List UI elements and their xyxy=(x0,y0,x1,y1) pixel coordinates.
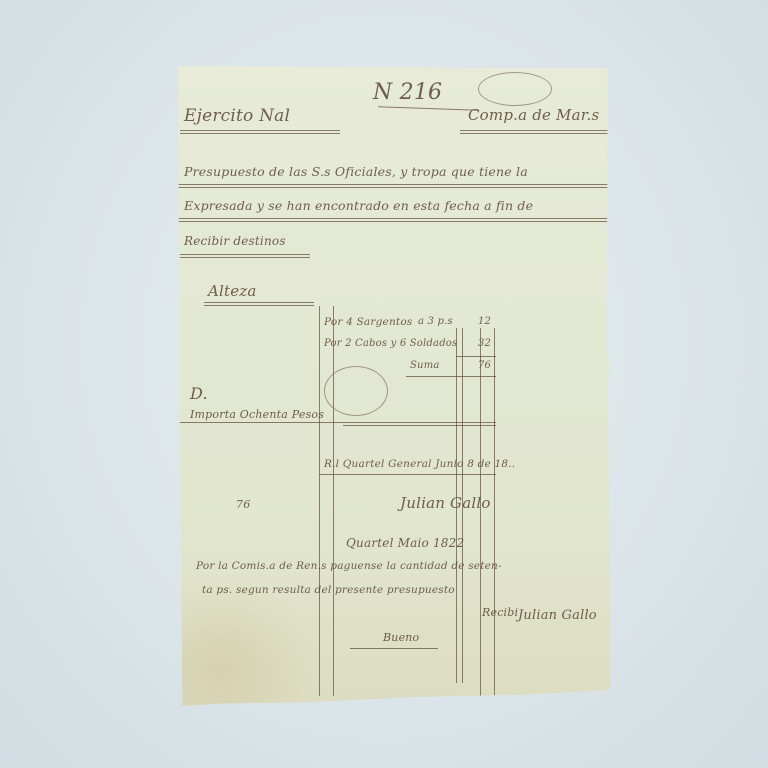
entry-rate-1: a 3 p.s xyxy=(418,316,453,327)
total-rule-b xyxy=(343,425,496,426)
total-line: Importa Ochenta Pesos xyxy=(190,408,324,421)
header-left-rule-2 xyxy=(180,133,340,134)
sum-rule xyxy=(406,376,496,377)
column-line-6 xyxy=(494,328,495,698)
note-d: D. xyxy=(190,384,208,403)
date-line-1: R.l Quartel General Junio 8 de 18.. xyxy=(324,458,515,470)
number-underline xyxy=(378,106,478,110)
signature-1: Julian Gallo xyxy=(400,494,491,512)
flourish-loop xyxy=(478,72,552,106)
title-line-1: Presupuesto de las S.s Oficiales, y trop… xyxy=(184,164,528,179)
date-rule-1 xyxy=(319,474,496,475)
received-label: Recibi xyxy=(482,606,518,619)
entry-amount-1: 12 xyxy=(478,316,491,327)
header-right: Comp.a de Mar.s xyxy=(468,106,599,124)
section-heading-rule xyxy=(204,302,314,303)
entry-label-3: Suma xyxy=(410,360,440,371)
title-rule-3 xyxy=(180,254,310,255)
section-heading-rule-b xyxy=(204,305,314,306)
approval-line-2: ta ps. segun resulta del presente presup… xyxy=(202,584,455,596)
title-rule-2 xyxy=(178,218,610,219)
total-rule xyxy=(178,422,496,423)
signature-2: Julian Gallo xyxy=(518,608,597,623)
column-line-1 xyxy=(319,306,320,696)
date-line-2: Quartel Maio 1822 xyxy=(346,536,464,550)
entry-amount-2: 32 xyxy=(478,338,491,349)
bueno-mark: Bueno xyxy=(383,631,419,644)
title-line-2: Expresada y se han encontrado en esta fe… xyxy=(184,198,533,213)
header-right-rule-2 xyxy=(460,133,608,134)
entry-label-2: Por 2 Cabos y 6 Soldados xyxy=(324,338,457,349)
header-right-rule xyxy=(460,130,608,131)
title-rule-1b xyxy=(178,187,610,188)
title-rule-1 xyxy=(178,184,610,185)
document-number: N 216 xyxy=(373,80,442,105)
title-rule-2b xyxy=(178,221,610,222)
margin-number: 76 xyxy=(236,498,250,511)
bueno-rule xyxy=(350,648,438,649)
approval-line-1: Por la Comis.a de Ren.s paguense la cant… xyxy=(196,560,502,572)
title-line-3: Recibir destinos xyxy=(184,234,286,248)
title-rule-3b xyxy=(180,257,310,258)
flourish-circle xyxy=(324,366,388,416)
entry-amount-3: 76 xyxy=(478,360,491,371)
section-heading: Alteza xyxy=(208,282,257,300)
header-left: Ejercito Nal xyxy=(184,106,290,126)
column-line-2 xyxy=(333,306,334,696)
subtotal-rule xyxy=(456,356,496,357)
manuscript-page: N 216 Ejercito Nal Comp.a de Mar.s Presu… xyxy=(178,66,610,706)
column-line-5 xyxy=(480,328,481,698)
entry-label-1: Por 4 Sargentos xyxy=(324,316,412,328)
header-left-rule xyxy=(180,130,340,131)
